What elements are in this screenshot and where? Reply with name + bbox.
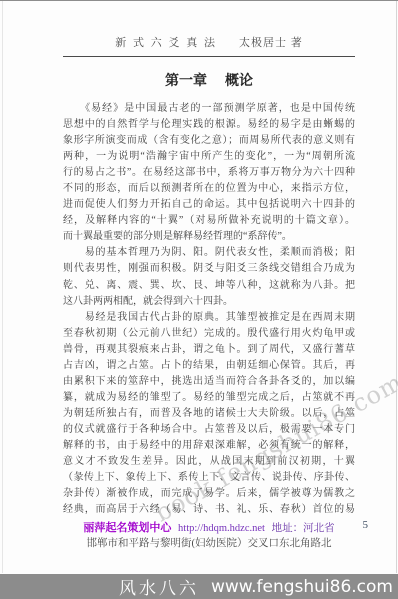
body-line: 易经是我国古代占卦的原典。其雏型被推定是在西周末期	[63, 310, 355, 326]
footer-region: 地址：河北省	[272, 523, 335, 534]
page-top-border	[0, 0, 398, 1]
body-line: 两种，一为说明“浩瀚宇宙中所产生的变化”，一为“周朝所流	[63, 149, 355, 165]
chapter-title: 概论	[225, 74, 253, 89]
body-line: 杂卦传）渐被作成，而完成了易学。后来，儒学被尊为儒教之	[63, 486, 355, 502]
body-line: 由累积下来的筮辞中，挑选出适当而符合各卦各爻的，加以编	[63, 374, 355, 390]
body-line: 则代表男性，刚强而积极。阴爻与阳爻三条线交错组合乃成为	[63, 261, 355, 277]
page-left-border	[2, 1, 3, 573]
body-line: 经典，而高居于六经（易、诗、书、礼、乐、春秋）首位的易	[63, 502, 355, 518]
site-name: 风水八六	[119, 574, 199, 599]
header-rule	[63, 56, 355, 57]
footer-center-name: 丽萍起名策划中心	[83, 522, 171, 534]
body-line: 纂，就成为易经的雏型了。易经的雏型完成之后，占筮就不再	[63, 390, 355, 406]
body-line: 经，及解释内容的“十翼”（对易所做补充说明的十篇文章）。	[63, 213, 355, 229]
chapter-number: 第一章	[165, 74, 207, 89]
footer-url: http://hdqm.hdzc.net	[178, 523, 265, 534]
footer-address: 邯郸市和平路与黎明街(妇幼医院）交叉口东北角路北	[63, 535, 355, 550]
body-line: 至春秋初期（公元前八世纪）完成的。殷代盛行用火灼龟甲或	[63, 326, 355, 342]
body-line: 的仪式就盛行于各种场合中。占筮普及以后，极需要一本专门	[63, 422, 355, 438]
footer-line1: 丽萍起名策划中心 http://hdqm.hdzc.net 地址：河北省	[63, 519, 355, 535]
body-line: 为朝廷所独占有，而普及各地的诸候士大夫阶级。以后，占筮	[63, 406, 355, 422]
body-line: 易的基本哲理乃为阴、阳。阴代表女性，柔顺而消极；阳	[63, 245, 355, 261]
page-right-border	[396, 1, 397, 573]
body-line: 乾、兑、离、震、巽、坎、艮、坤等八种，这就称为八卦。把	[63, 278, 355, 294]
body-line: 这八卦两两相配，就会得到六十四卦。	[63, 294, 355, 310]
body-line: 兽骨，再观其裂痕来占卦，谓之龟卜。到了周代，又盛行蓍草	[63, 342, 355, 358]
body-line: 意义才不致发生差异。因此，从战国末期到前汉初期，十翼	[63, 454, 355, 470]
body-line: 解释的书，由于易经中的用辞艰深难解，必须有统一的解释，	[63, 438, 355, 454]
body-line: 行的易占之书”。在易经这部书中，系将万事万物分为六十四种	[63, 165, 355, 181]
body-line: 不同的形态，而后以预测者所在的位置为中心，来指示方位，	[63, 181, 355, 197]
page-number: 5	[363, 519, 369, 531]
book-author: 太极居士 著	[239, 34, 303, 50]
chapter-heading: 第一章概论	[63, 70, 355, 90]
book-title: 新 式 六 爻 真 法	[115, 34, 217, 50]
running-header: 新 式 六 爻 真 法 太极居士 著	[63, 34, 355, 50]
body-line: 《易经》是中国最古老的一部预测学原著，也是中国传统	[63, 101, 355, 117]
site-url: www.fengshui86.com	[211, 577, 393, 597]
body-line: 象形字所演变而成（含有变化之意）；而周易所代表的意义则有	[63, 133, 355, 149]
body-text: 《易经》是中国最古老的一部预测学原著，也是中国传统思想中的自然哲学与伦理实践的根…	[63, 101, 355, 518]
body-line: （彖传上下、象传上下、系传上下、文言传、说卦传、序卦传、	[63, 470, 355, 486]
body-line: 思想中的自然哲学与伦理实践的根源。易经的易字是由蜥蜴的	[63, 117, 355, 133]
body-line: 占吉凶，谓之占筮。占卜的结果，由朝廷细心保管。其后，再	[63, 358, 355, 374]
scanned-book-page: 新 式 六 爻 真 法 太极居士 著 第一章概论 《易经》是中国最古老的一部预测…	[0, 0, 398, 599]
body-line: 进而促使人们努力开拓自己的命运。其中包括说明六十四卦的	[63, 197, 355, 213]
body-line: 而十翼最重要的部分则是解释易经哲理的“系辞传”。	[63, 229, 355, 245]
site-banner-bar: 风水八六 www.fengshui86.com	[0, 574, 398, 599]
